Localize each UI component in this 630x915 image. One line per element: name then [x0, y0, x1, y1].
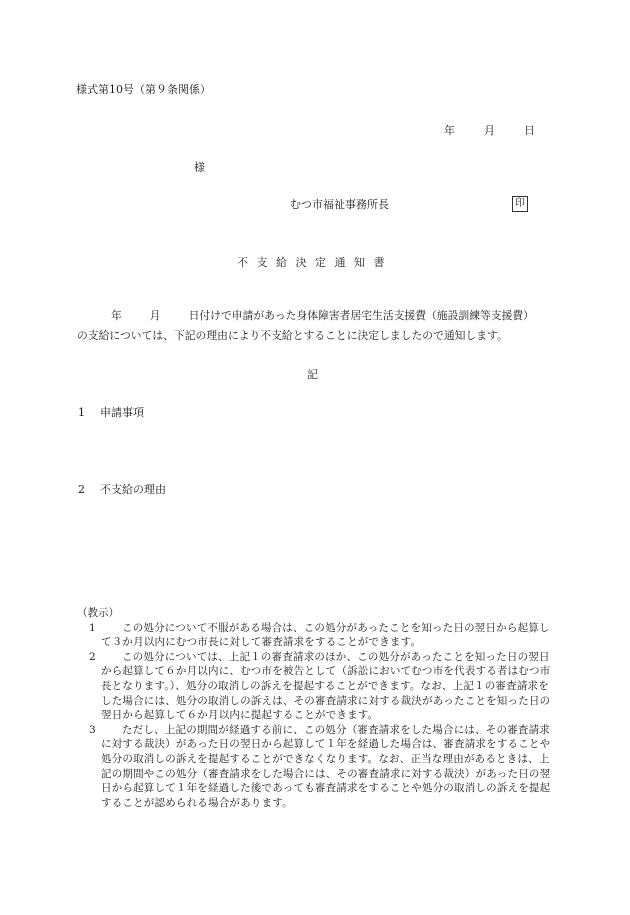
seal-mark: 印 [512, 196, 528, 212]
day-label: 日 [524, 124, 535, 137]
document-title: 不支給決定通知書 [237, 256, 393, 269]
notice-item: 3 ただし、上記の期間が経過する前に、この処分（審査請求をした場合には、その審査… [77, 723, 557, 811]
notice-heading: （教示） [77, 606, 557, 621]
section-label: 不支給の理由 [100, 483, 166, 496]
notice-item-text: この処分については、上記１の審査請求のほか、この処分があったことを知った日の翌日… [101, 650, 557, 723]
issuer-name: むつ市福祉事務所長 [290, 198, 389, 211]
body-month-label: 月 [150, 309, 161, 322]
form-number: 様式第10号（第９条関係） [76, 83, 211, 96]
year-label: 年 [444, 124, 455, 137]
notice-item: 1 この処分について不服がある場合は、この処分があったことを知った日の翌日から起… [77, 621, 557, 650]
recipient-suffix: 様 [194, 161, 205, 174]
notice-body: 年月日付けで申請があった身体障害者居宅生活支援費（施設訓練等支援費） の支給につ… [77, 306, 557, 346]
body-year-label: 年 [111, 309, 122, 322]
notice-item-text: この処分について不服がある場合は、この処分があったことを知った日の翌日から起算し… [101, 621, 557, 650]
ki-heading: 記 [307, 368, 318, 381]
issue-date: 年月日 [444, 124, 535, 137]
section-rejection-reason: 2不支給の理由 [78, 483, 166, 496]
appeal-notice: （教示） 1 この処分について不服がある場合は、この処分があったことを知った日の… [77, 606, 557, 810]
body-line-1: 年月日付けで申請があった身体障害者居宅生活支援費（施設訓練等支援費） [77, 306, 557, 326]
section-number: 2 [78, 483, 100, 496]
body-line-2: の支給については、下記の理由により不支給とすることに決定しましたので通知します。 [77, 326, 557, 346]
month-label: 月 [484, 124, 495, 137]
section-number: 1 [78, 406, 100, 419]
notice-item-number: 2 [89, 650, 96, 665]
notice-item: 2 この処分については、上記１の審査請求のほか、この処分があったことを知った日の… [77, 650, 557, 723]
notice-item-text: ただし、上記の期間が経過する前に、この処分（審査請求をした場合には、その審査請求… [101, 723, 557, 811]
section-label: 申請事項 [100, 406, 144, 419]
section-application-items: 1申請事項 [78, 406, 144, 419]
notice-item-number: 1 [89, 621, 96, 636]
body-line-1-text: 日付けで申請があった身体障害者居宅生活支援費（施設訓練等支援費） [189, 309, 534, 322]
notice-item-number: 3 [89, 723, 96, 738]
